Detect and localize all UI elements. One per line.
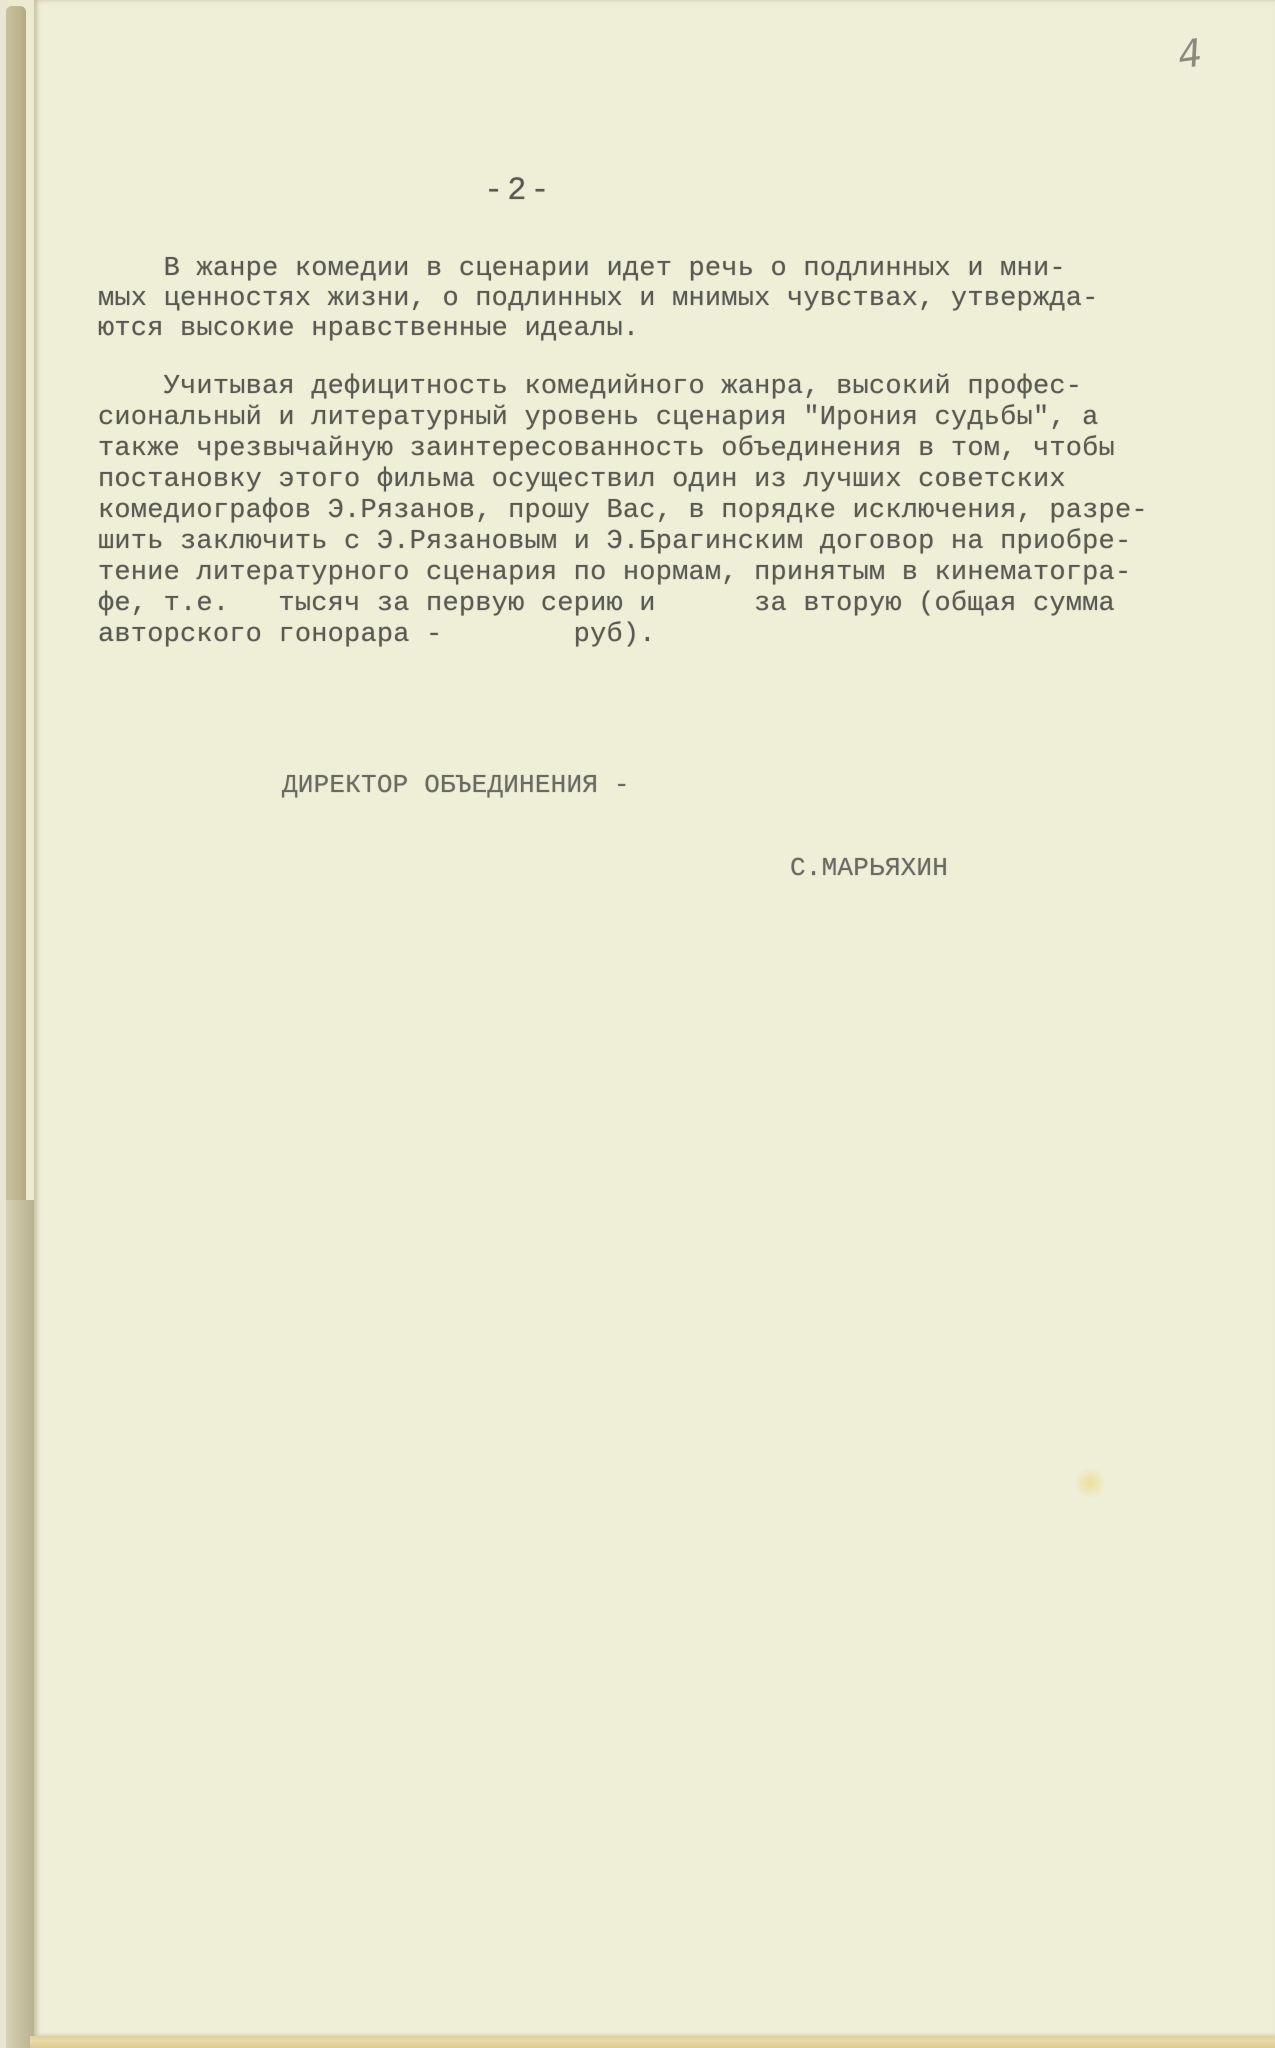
text-line: тение литературного сценария по нормам, …	[98, 558, 1268, 589]
text-line: сиональный и литературный уровень сценар…	[98, 403, 1268, 434]
paragraph-request: Учитывая дефицитность комедийного жанра,…	[98, 372, 1268, 651]
text-line: мых ценностях жизни, о подлинных и мнимы…	[98, 284, 1268, 314]
text-line: фе, т.е. тысяч за первую серию и за втор…	[98, 589, 1268, 620]
page-bottom-edge	[30, 2036, 1275, 2048]
paper-stain	[1075, 1468, 1105, 1498]
text-line: шить заключить с Э.Рязановым и Э.Брагинс…	[98, 527, 1268, 558]
signature-title: ДИРЕКТОР ОБЪЕДИНЕНИЯ -	[282, 770, 630, 800]
text-line: ются высокие нравственные идеалы.	[98, 314, 1268, 344]
signature-name: С.МАРЬЯХИН	[790, 853, 948, 883]
page-number: -2-	[484, 172, 554, 209]
text-line: В жанре комедии в сценарии идет речь о п…	[98, 254, 1268, 284]
text-line: постановку этого фильма осуществил один …	[98, 465, 1268, 496]
text-line: Учитывая дефицитность комедийного жанра,…	[98, 372, 1268, 403]
binding-strip-lower	[6, 1200, 36, 2048]
paragraph-genre: В жанре комедии в сценарии идет речь о п…	[98, 254, 1268, 344]
text-line: также чрезвычайную заинтересованность об…	[98, 434, 1268, 465]
text-line: комедиографов Э.Рязанов, прошу Вас, в по…	[98, 496, 1268, 527]
text-line: авторского гонорара - руб).	[98, 620, 1268, 651]
